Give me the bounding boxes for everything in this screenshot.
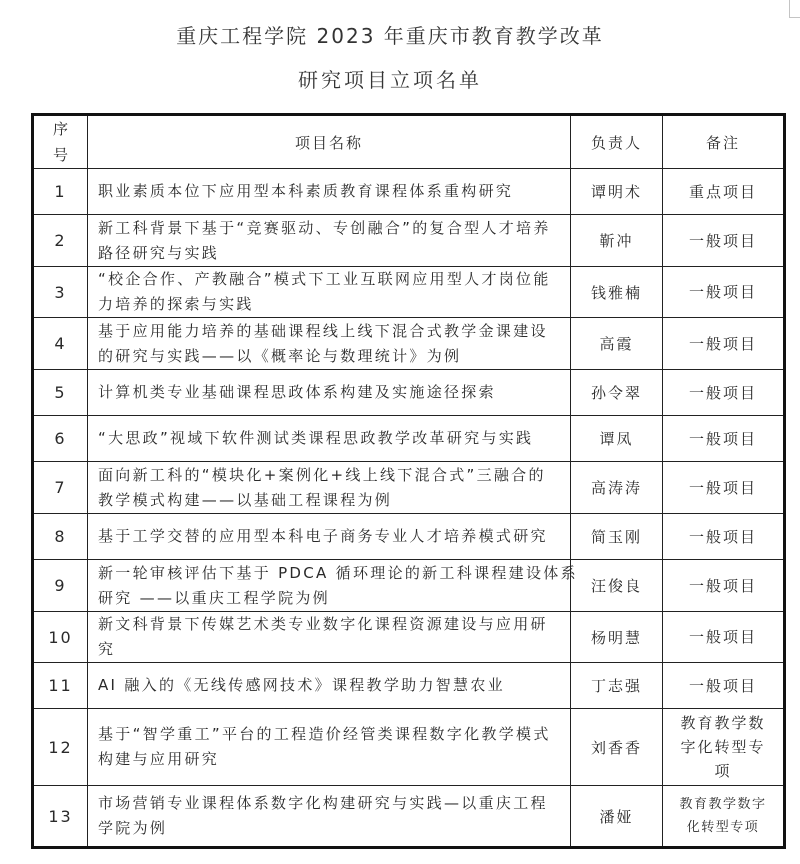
table-row: 7 面向新工科的“模块化+案例化+线上线下混合式”三融合的 教学模式构建——以基… xyxy=(33,462,785,514)
remark-line: 教育教学数字 xyxy=(663,793,783,816)
project-name-line: “大思政”视域下软件测试类课程思政教学改革研究与实践 xyxy=(98,426,570,451)
table-row: 9 新一轮审核评估下基于 PDCA 循环理论的新工科课程建设体系 研究 ——以重… xyxy=(33,560,785,612)
leader-name: 刘香香 xyxy=(571,709,663,786)
table-row: 12 基于“智学重工”平台的工程造价经管类课程数字化教学模式 构建与应用研究 刘… xyxy=(33,709,785,786)
remark-line: 一般项目 xyxy=(663,229,783,253)
leader-name: 靳冲 xyxy=(571,215,663,267)
remark-line: 一般项目 xyxy=(663,674,783,698)
remark-line: 一般项目 xyxy=(663,280,783,304)
remark: 教育教学数字 化转型专项 xyxy=(663,786,785,848)
row-seq: 9 xyxy=(33,560,88,612)
leader-name: 谭明术 xyxy=(571,169,663,215)
remark: 重点项目 xyxy=(663,169,785,215)
project-name: 市场营销专业课程体系数字化构建研究与实践—以重庆工程 学院为例 xyxy=(88,786,571,848)
table-header-row: 序号 项目名称 负责人 备注 xyxy=(33,115,785,169)
project-name-line: 职业素质本位下应用型本科素质教育课程体系重构研究 xyxy=(98,179,570,204)
leader-name: 高涛涛 xyxy=(571,462,663,514)
project-name-line: 路径研究与实践 xyxy=(98,241,570,266)
leader-name: 钱雅楠 xyxy=(571,267,663,318)
remark-line: 一般项目 xyxy=(663,525,783,549)
project-name-line: 计算机类专业基础课程思政体系构建及实施途径探索 xyxy=(98,380,570,405)
remark-line: 字化转型专 xyxy=(663,735,783,759)
project-name-line: 新一轮审核评估下基于 PDCA 循环理论的新工科课程建设体系 xyxy=(98,561,570,586)
project-name: 计算机类专业基础课程思政体系构建及实施途径探索 xyxy=(88,370,571,416)
project-name-line: 力培养的探索与实践 xyxy=(98,292,570,317)
row-seq: 7 xyxy=(33,462,88,514)
project-name-line: 究 xyxy=(98,637,570,662)
leader-name: 谭凤 xyxy=(571,416,663,462)
remark: 一般项目 xyxy=(663,462,785,514)
table-row: 11 AI 融入的《无线传感网技术》课程教学助力智慧农业 丁志强 一般项目 xyxy=(33,663,785,709)
leader-name: 杨明慧 xyxy=(571,612,663,663)
project-name-line: 研究 ——以重庆工程学院为例 xyxy=(98,586,570,611)
project-name-line: 基于“智学重工”平台的工程造价经管类课程数字化教学模式 xyxy=(98,722,570,747)
row-seq: 11 xyxy=(33,663,88,709)
project-name-line: 基于工学交替的应用型本科电子商务专业人才培养模式研究 xyxy=(98,524,570,549)
table-row: 6 “大思政”视域下软件测试类课程思政教学改革研究与实践 谭凤 一般项目 xyxy=(33,416,785,462)
header-seq: 序号 xyxy=(33,115,88,169)
row-seq: 6 xyxy=(33,416,88,462)
table-row: 4 基于应用能力培养的基础课程线上线下混合式教学金课建设 的研究与实践——以《概… xyxy=(33,318,785,370)
remark: 一般项目 xyxy=(663,370,785,416)
row-seq: 5 xyxy=(33,370,88,416)
project-name: 基于工学交替的应用型本科电子商务专业人才培养模式研究 xyxy=(88,514,571,560)
remark: 一般项目 xyxy=(663,318,785,370)
remark: 一般项目 xyxy=(663,560,785,612)
row-seq: 8 xyxy=(33,514,88,560)
remark: 一般项目 xyxy=(663,663,785,709)
document-title: 重庆工程学院 2023 年重庆市教育教学改革 xyxy=(0,20,780,49)
leader-name: 高霞 xyxy=(571,318,663,370)
project-name: 基于“智学重工”平台的工程造价经管类课程数字化教学模式 构建与应用研究 xyxy=(88,709,571,786)
project-name-line: 教学模式构建——以基础工程课程为例 xyxy=(98,488,570,513)
table-row: 10 新文科背景下传媒艺术类专业数字化课程资源建设与应用研 究 杨明慧 一般项目 xyxy=(33,612,785,663)
remark-line: 一般项目 xyxy=(663,574,783,598)
remark: 一般项目 xyxy=(663,612,785,663)
document-subtitle: 研究项目立项名单 xyxy=(0,64,780,93)
project-name-line: AI 融入的《无线传感网技术》课程教学助力智慧农业 xyxy=(98,673,570,698)
remark-line: 一般项目 xyxy=(663,381,783,405)
project-name-line: 新工科背景下基于“竞赛驱动、专创融合”的复合型人才培养 xyxy=(98,216,570,241)
leader-name: 汪俊良 xyxy=(571,560,663,612)
leader-name: 孙令翠 xyxy=(571,370,663,416)
project-name-line: 学院为例 xyxy=(98,816,570,841)
remark-line: 项 xyxy=(663,759,783,783)
table-row: 2 新工科背景下基于“竞赛驱动、专创融合”的复合型人才培养 路径研究与实践 靳冲… xyxy=(33,215,785,267)
remark-line: 一般项目 xyxy=(663,427,783,451)
remark: 一般项目 xyxy=(663,215,785,267)
row-seq: 10 xyxy=(33,612,88,663)
remark-line: 重点项目 xyxy=(663,180,783,204)
remark-line: 一般项目 xyxy=(663,332,783,356)
table-row: 1 职业素质本位下应用型本科素质教育课程体系重构研究 谭明术 重点项目 xyxy=(33,169,785,215)
project-name: “校企合作、产教融合”模式下工业互联网应用型人才岗位能 力培养的探索与实践 xyxy=(88,267,571,318)
header-leader: 负责人 xyxy=(571,115,663,169)
row-seq: 12 xyxy=(33,709,88,786)
project-name: “大思政”视域下软件测试类课程思政教学改革研究与实践 xyxy=(88,416,571,462)
project-name-line: 基于应用能力培养的基础课程线上线下混合式教学金课建设 xyxy=(98,319,570,344)
project-name: 新文科背景下传媒艺术类专业数字化课程资源建设与应用研 究 xyxy=(88,612,571,663)
project-name: 新工科背景下基于“竞赛驱动、专创融合”的复合型人才培养 路径研究与实践 xyxy=(88,215,571,267)
header-remark: 备注 xyxy=(663,115,785,169)
project-name: 新一轮审核评估下基于 PDCA 循环理论的新工科课程建设体系 研究 ——以重庆工… xyxy=(88,560,571,612)
leader-name: 潘娅 xyxy=(571,786,663,848)
project-name: 面向新工科的“模块化+案例化+线上线下混合式”三融合的 教学模式构建——以基础工… xyxy=(88,462,571,514)
remark-line: 化转型专项 xyxy=(663,816,783,839)
row-seq: 2 xyxy=(33,215,88,267)
remark: 一般项目 xyxy=(663,514,785,560)
remark: 一般项目 xyxy=(663,416,785,462)
table-row: 3 “校企合作、产教融合”模式下工业互联网应用型人才岗位能 力培养的探索与实践 … xyxy=(33,267,785,318)
table-row: 8 基于工学交替的应用型本科电子商务专业人才培养模式研究 简玉刚 一般项目 xyxy=(33,514,785,560)
row-seq: 13 xyxy=(33,786,88,848)
remark-line: 教育教学数 xyxy=(663,711,783,735)
remark-line: 一般项目 xyxy=(663,625,783,649)
remark-line: 一般项目 xyxy=(663,476,783,500)
table-row: 13 市场营销专业课程体系数字化构建研究与实践—以重庆工程 学院为例 潘娅 教育… xyxy=(33,786,785,848)
leader-name: 丁志强 xyxy=(571,663,663,709)
project-name: 基于应用能力培养的基础课程线上线下混合式教学金课建设 的研究与实践——以《概率论… xyxy=(88,318,571,370)
project-name-line: 的研究与实践——以《概率论与数理统计》为例 xyxy=(98,344,570,369)
project-name: 职业素质本位下应用型本科素质教育课程体系重构研究 xyxy=(88,169,571,215)
project-name-line: 面向新工科的“模块化+案例化+线上线下混合式”三融合的 xyxy=(98,463,570,488)
page-corner-mark xyxy=(789,0,800,18)
project-list-table: 序号 项目名称 负责人 备注 1 职业素质本位下应用型本科素质教育课程体系重构研… xyxy=(31,113,786,849)
table-row: 5 计算机类专业基础课程思政体系构建及实施途径探索 孙令翠 一般项目 xyxy=(33,370,785,416)
project-name-line: “校企合作、产教融合”模式下工业互联网应用型人才岗位能 xyxy=(98,267,570,292)
project-name-line: 市场营销专业课程体系数字化构建研究与实践—以重庆工程 xyxy=(98,791,570,816)
project-name-line: 新文科背景下传媒艺术类专业数字化课程资源建设与应用研 xyxy=(98,612,570,637)
project-name-line: 构建与应用研究 xyxy=(98,747,570,772)
header-project-name: 项目名称 xyxy=(88,115,571,169)
leader-name: 简玉刚 xyxy=(571,514,663,560)
row-seq: 3 xyxy=(33,267,88,318)
row-seq: 4 xyxy=(33,318,88,370)
remark: 教育教学数 字化转型专 项 xyxy=(663,709,785,786)
row-seq: 1 xyxy=(33,169,88,215)
project-name: AI 融入的《无线传感网技术》课程教学助力智慧农业 xyxy=(88,663,571,709)
remark: 一般项目 xyxy=(663,267,785,318)
